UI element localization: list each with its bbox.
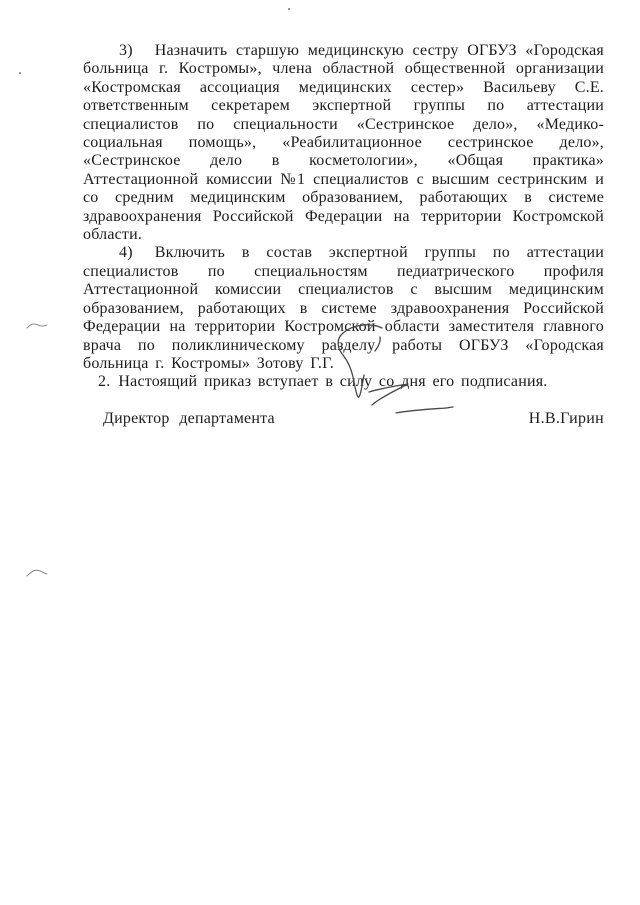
paragraph-3-number: 3) (119, 42, 133, 59)
document-page: 3)Назначить старшую медицинскую сестру О… (0, 0, 640, 905)
scan-speck-left (19, 72, 21, 74)
document-body: 3)Назначить старшую медицинскую сестру О… (0, 0, 640, 428)
tab-space (133, 54, 155, 55)
scan-speck-top (288, 8, 290, 10)
paragraph-3-text: Назначить старшую медицинскую сестру ОГБ… (83, 42, 604, 243)
tab-space (133, 256, 155, 257)
margin-scribble-1 (26, 321, 48, 331)
signer-title: Директор департамента (103, 410, 275, 428)
paragraph-item-3: 3)Назначить старшую медицинскую сестру О… (83, 42, 604, 244)
paragraph-2-number: 2. (98, 373, 110, 390)
signer-name: Н.В.Гирин (529, 410, 604, 428)
paragraph-4-number: 4) (119, 244, 133, 261)
signature-scribble (330, 324, 470, 424)
margin-scribble-2 (26, 568, 48, 578)
